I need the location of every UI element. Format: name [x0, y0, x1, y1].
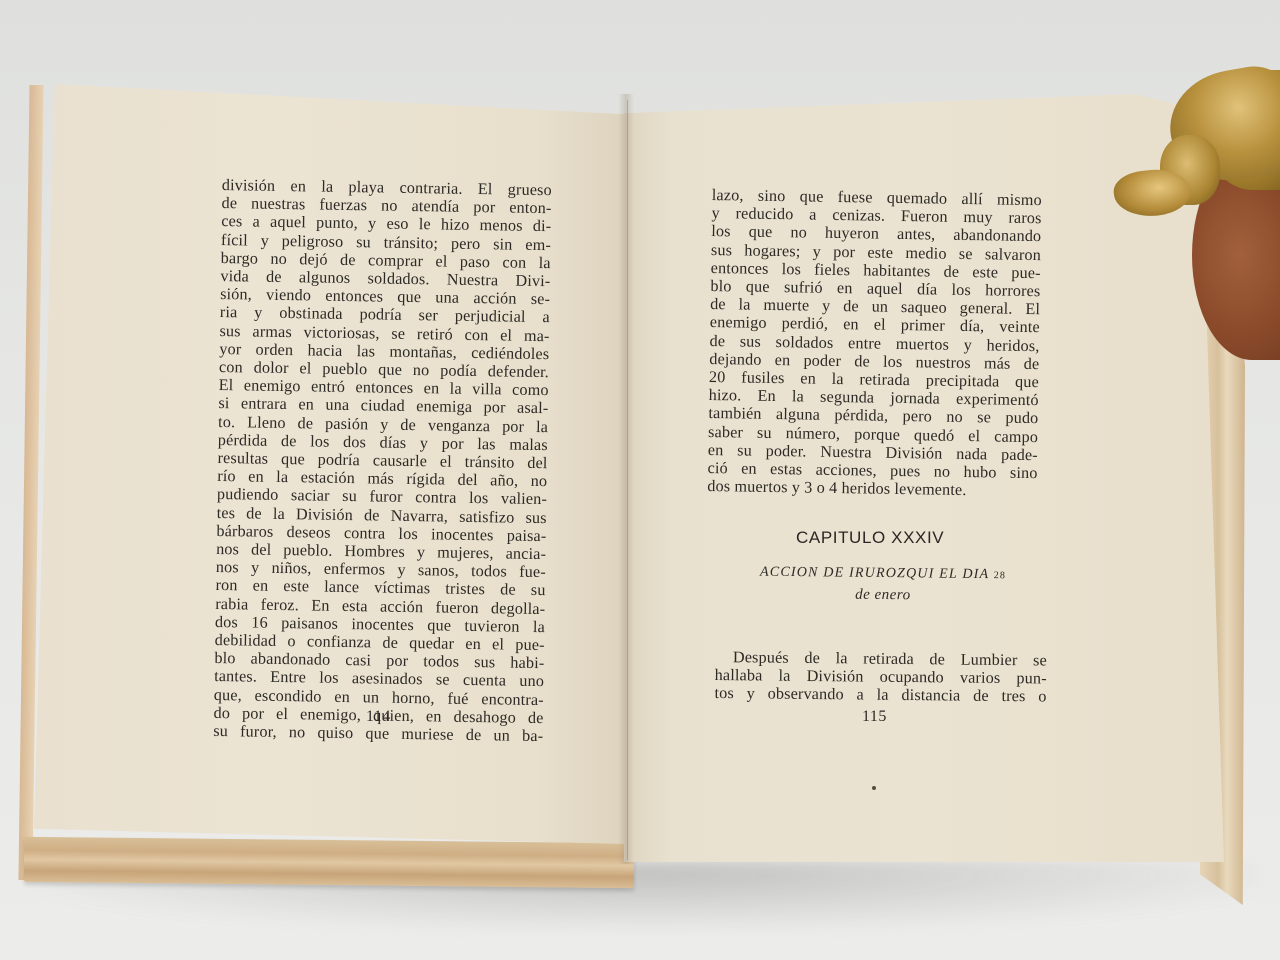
paper-speck [872, 786, 876, 790]
left-page-text: división en la playa contraria. El grues… [213, 176, 552, 745]
right-page-text: lazo, sino que fuese quemado allí mismo … [707, 186, 1042, 501]
chapter-subtitle: ACCION DE IRUROZQUI EL DIA 28 de enero [738, 562, 1028, 607]
text-line: tos y observando a la distancia de tres … [714, 684, 1046, 706]
spine-crease [627, 100, 628, 860]
page-number-left: 114 [366, 708, 391, 726]
chapter-subtitle-day: 28 [994, 570, 1007, 581]
chapter-opening-text: Después de la retirada de Lumbier se hal… [714, 648, 1047, 706]
chapter-subtitle-line2: de enero [855, 587, 911, 604]
book-spine [618, 94, 634, 864]
page-number-right: 115 [862, 708, 887, 726]
chapter-title: CAPITULO XXXIV [796, 528, 944, 548]
left-page-block [24, 837, 634, 888]
chapter-subtitle-line1: ACCION DE IRUROZQUI EL DIA [760, 565, 989, 582]
